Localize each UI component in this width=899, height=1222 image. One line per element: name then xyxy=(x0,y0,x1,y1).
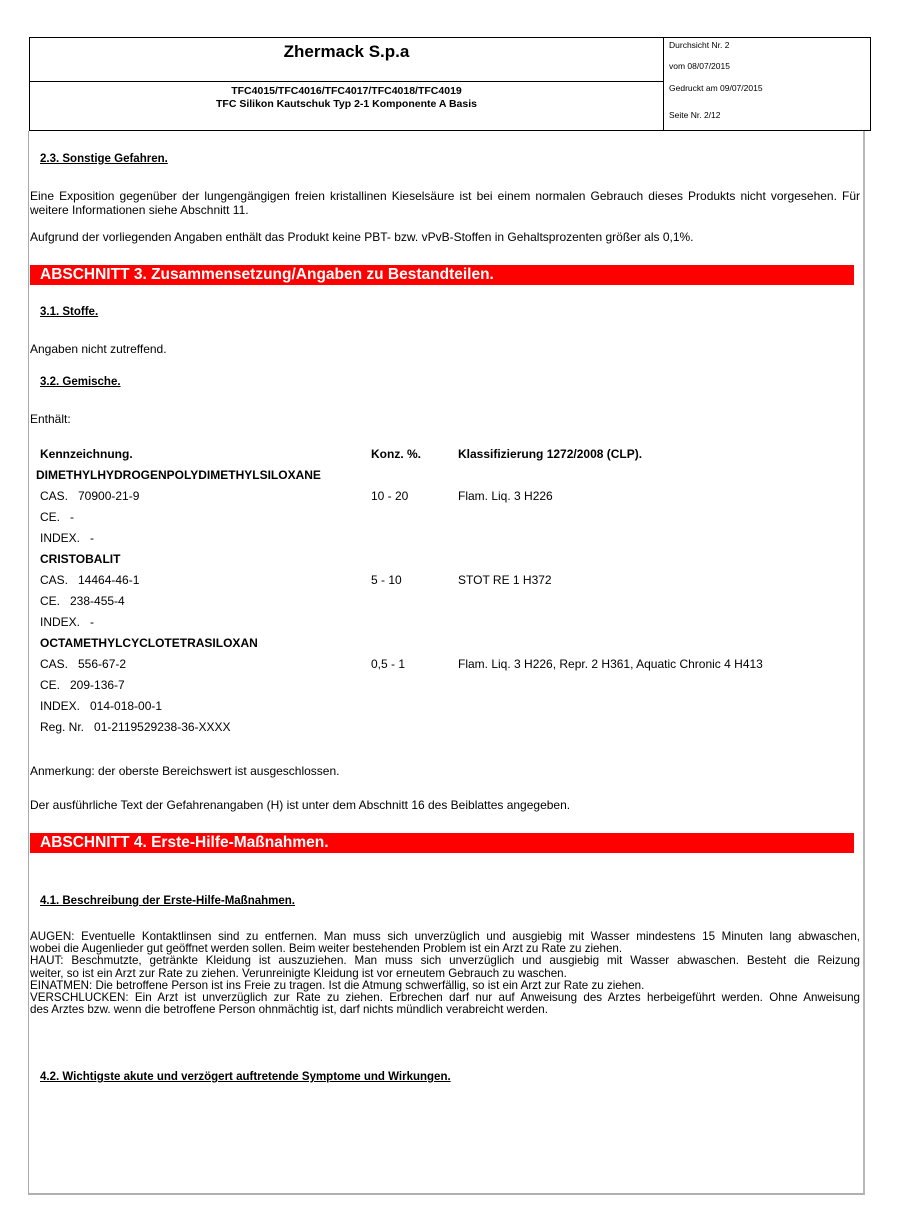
product-codes: TFC4015/TFC4016/TFC4017/TFC4018/TFC4019 xyxy=(30,85,663,98)
substance-ce: CE. 238-455-4 xyxy=(40,594,125,608)
subsection-title-2-3: 2.3. Sonstige Gefahren. xyxy=(40,153,168,165)
page-number: Seite Nr. 2/12 xyxy=(669,110,721,120)
substance-cas: CAS. 70900-21-9 xyxy=(40,489,139,503)
substance-classification: STOT RE 1 H372 xyxy=(458,573,552,587)
subsection-title-4-1: 4.1. Beschreibung der Erste-Hilfe-Maßnah… xyxy=(40,895,295,907)
table-header-concentration: Konz. %. xyxy=(371,447,421,461)
substance-ce: CE. 209-136-7 xyxy=(40,678,125,692)
substance-concentration: 10 - 20 xyxy=(371,489,408,503)
substance-concentration: 0,5 - 1 xyxy=(371,657,405,671)
substance-classification: Flam. Liq. 3 H226, Repr. 2 H361, Aquatic… xyxy=(458,657,763,671)
substance-cas: CAS. 556-67-2 xyxy=(40,657,126,671)
table-header-classification: Klassifizierung 1272/2008 (CLP). xyxy=(458,447,642,461)
substance-cas: CAS. 14464-46-1 xyxy=(40,573,139,587)
subsection-title-4-2: 4.2. Wichtigste akute und verzögert auft… xyxy=(40,1071,451,1083)
company-name: Zhermack S.p.a xyxy=(30,38,663,82)
header-left: Zhermack S.p.a TFC4015/TFC4016/TFC4017/T… xyxy=(30,38,664,130)
header-meta: Durchsicht Nr. 2 vom 08/07/2015 Gedruckt… xyxy=(664,38,870,130)
substances-text: Angaben nicht zutreffend. xyxy=(30,342,167,356)
substance-index: INDEX. 014-018-00-1 xyxy=(40,699,162,713)
first-aid-line: des Arztes bzw. wenn die betroffene Pers… xyxy=(30,1004,860,1016)
substance-name: DIMETHYLHYDROGENPOLYDIMETHYLSILOXANE xyxy=(36,468,321,482)
product-name: TFC Silikon Kautschuk Typ 2-1 Komponente… xyxy=(30,98,663,111)
substance-ce: CE. - xyxy=(40,510,74,524)
section-banner-4: ABSCHNITT 4. Erste-Hilfe-Maßnahmen. xyxy=(30,833,854,853)
hazard-reference-text: Der ausführliche Text der Gefahrenangabe… xyxy=(30,798,570,812)
paragraph-pbt: Aufgrund der vorliegenden Angaben enthäl… xyxy=(30,230,860,244)
product-info: TFC4015/TFC4016/TFC4017/TFC4018/TFC4019 … xyxy=(30,82,663,111)
contains-label: Enthält: xyxy=(30,412,71,426)
first-aid-measures: AUGEN: Eventuelle Kontaktlinsen sind zu … xyxy=(30,931,860,1016)
substance-name: OCTAMETHYLCYCLOTETRASILOXAN xyxy=(40,636,258,650)
paragraph-exposure: Eine Exposition gegenüber der lungengäng… xyxy=(30,189,860,217)
first-aid-line: weiter, so ist ein Arzt zur Rate zu zieh… xyxy=(30,968,860,980)
revision-date: vom 08/07/2015 xyxy=(669,61,730,71)
substance-index: INDEX. - xyxy=(40,531,94,545)
subsection-title-3-2: 3.2. Gemische. xyxy=(40,376,121,388)
document-header: Zhermack S.p.a TFC4015/TFC4016/TFC4017/T… xyxy=(29,37,871,131)
table-header-identification: Kennzeichnung. xyxy=(40,447,133,461)
note-text: Anmerkung: der oberste Bereichswert ist … xyxy=(30,764,340,778)
substance-concentration: 5 - 10 xyxy=(371,573,402,587)
section-banner-3: ABSCHNITT 3. Zusammensetzung/Angaben zu … xyxy=(30,265,854,285)
substance-classification: Flam. Liq. 3 H226 xyxy=(458,489,553,503)
first-aid-line: HAUT: Beschmutzte, getränkte Kleidung is… xyxy=(30,955,860,967)
substance-registration: Reg. Nr. 01-2119529238-36-XXXX xyxy=(40,720,231,734)
revision-number: Durchsicht Nr. 2 xyxy=(669,40,729,50)
subsection-title-3-1: 3.1. Stoffe. xyxy=(40,306,98,318)
printed-date: Gedruckt am 09/07/2015 xyxy=(669,83,763,93)
substance-index: INDEX. - xyxy=(40,615,94,629)
substance-name: CRISTOBALIT xyxy=(40,552,120,566)
